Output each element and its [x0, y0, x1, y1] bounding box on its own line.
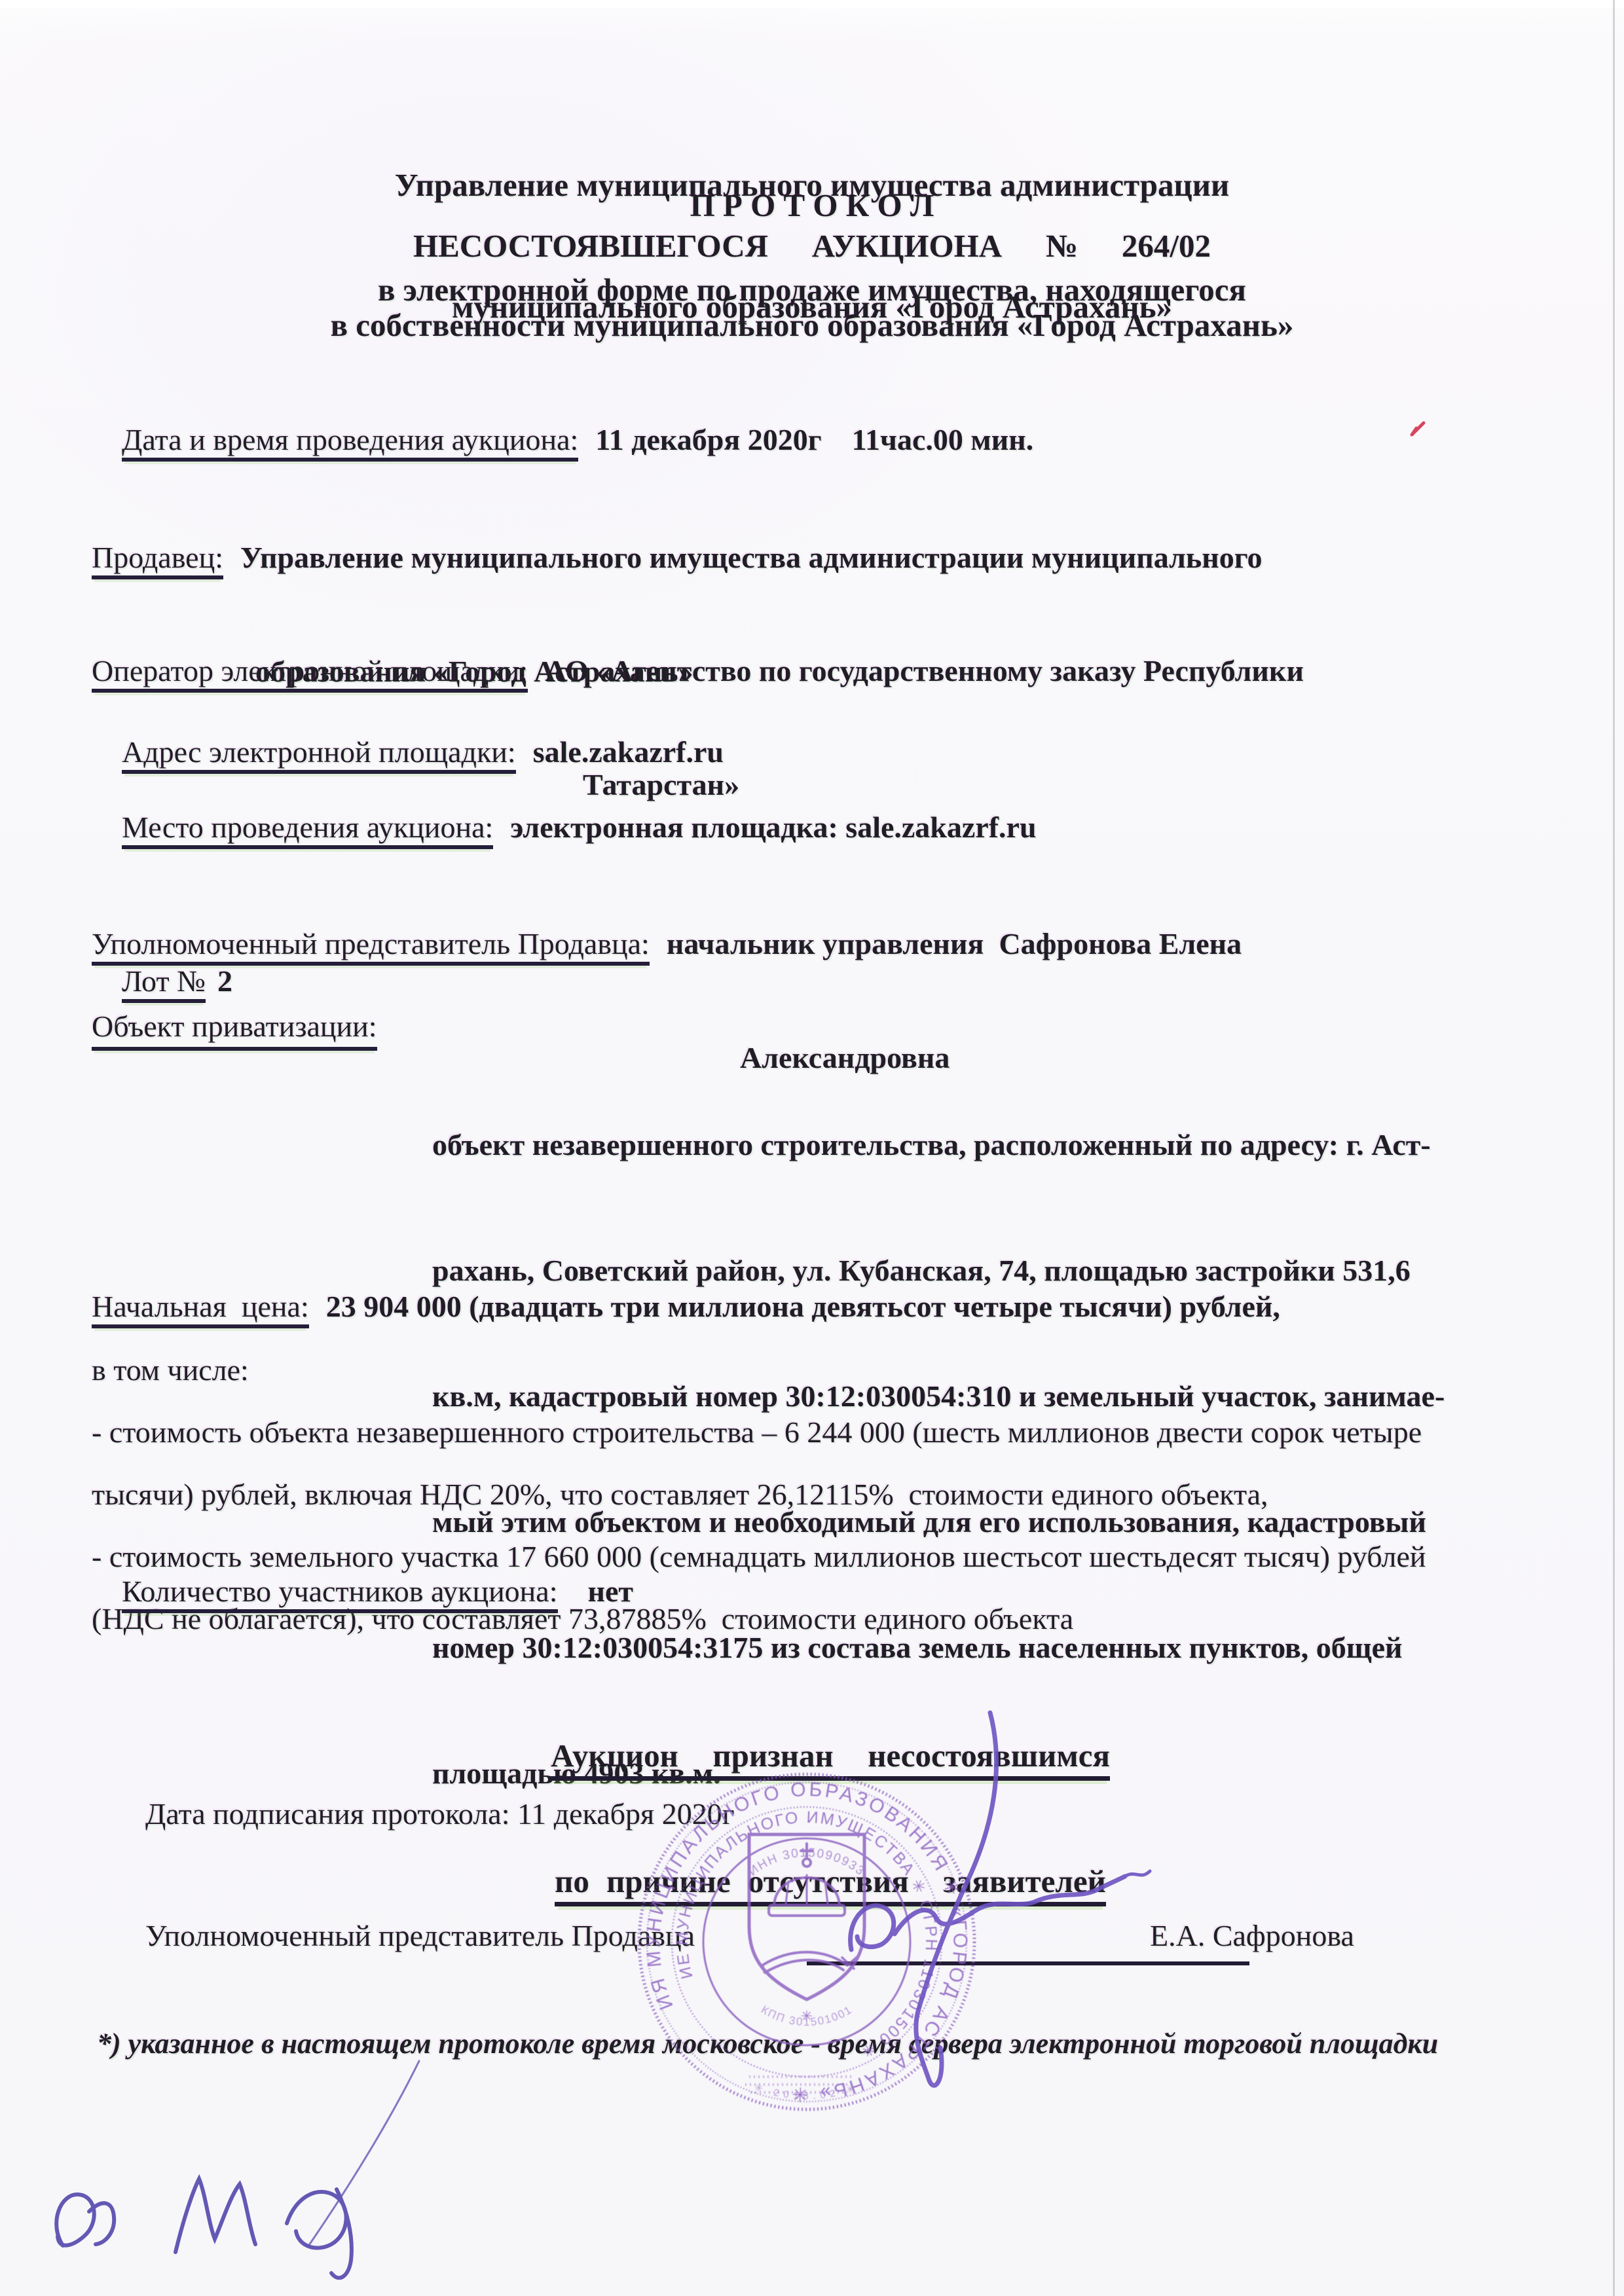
field-label: Количество участников аукциона: [122, 1575, 558, 1613]
scanner-top-edge [0, 0, 1624, 8]
lot-value: 2 [217, 964, 232, 998]
scanned-auction-protocol-page: Управление муниципального имущества адми… [0, 0, 1624, 2296]
price-value: 23 904 000 (двадцать три миллиона девять… [326, 1290, 1280, 1323]
signature-row-name: Е.А. Сафронова [1150, 1917, 1354, 1955]
object-line: объект незавершенного строительства, рас… [432, 1124, 1552, 1166]
field-label: Дата и время проведения аукциона: [122, 423, 578, 462]
field-value: sale.zakazrf.ru [533, 735, 724, 769]
stamp-asterisk: ✳ [801, 2008, 813, 2024]
field-value-line1: Управление муниципального имущества адми… [240, 541, 1263, 574]
official-round-stamp: АДМИНИСТРАЦИЯ МУНИЦИПАЛЬНОГО ОБРАЗОВАНИЯ… [634, 1769, 980, 2115]
field-label: Оператор электронной площадки: [92, 654, 528, 693]
field-value: электронная площадка: sale.zakazrf.ru [510, 811, 1036, 844]
field-label: Место проведения аукциона: [122, 811, 493, 849]
field-label: Адрес электронной площадки: [122, 735, 516, 774]
field-value-line1: АО «Агентство по государственному заказу… [545, 654, 1304, 687]
price-label: Начальная цена: [92, 1290, 309, 1328]
field-participants-count: Количество участников аукциона:нет [92, 1535, 633, 1649]
lot-label: Лот № [122, 964, 206, 1003]
signature-row-label: Уполномоченный представитель Продавца [145, 1917, 695, 1955]
doc-title-number: НЕСОСТОЯВШЕГОСЯ АУКЦИОНА № 264/02 [0, 227, 1624, 264]
field-value: 11 декабря 2020г 11час.00 мин. [595, 423, 1033, 456]
price-detail-line: - стоимость объекта незавершенного строи… [92, 1413, 1617, 1451]
doc-title: П Р О Т О К О Л [0, 187, 1624, 224]
doc-title-line3: в электронной форме по продаже имущества… [0, 271, 1624, 308]
crown-orb [803, 1859, 811, 1867]
field-value-line1: начальник управления Сафронова Елена [667, 927, 1242, 960]
sabre-blade [762, 1952, 847, 1973]
field-label: Объект приватизации: [92, 1008, 377, 1051]
doc-title-line4: в собственности муниципального образован… [0, 306, 1624, 344]
crown-band [769, 1905, 845, 1916]
field-value: нет [588, 1575, 634, 1608]
field-label: Продавец: [92, 541, 223, 579]
handwritten-initials [56, 2061, 419, 2278]
price-detail-line: тысячи) рублей, включая НДС 20%, что сос… [92, 1475, 1617, 1514]
price-detail-line: в том числе: [92, 1351, 1617, 1389]
